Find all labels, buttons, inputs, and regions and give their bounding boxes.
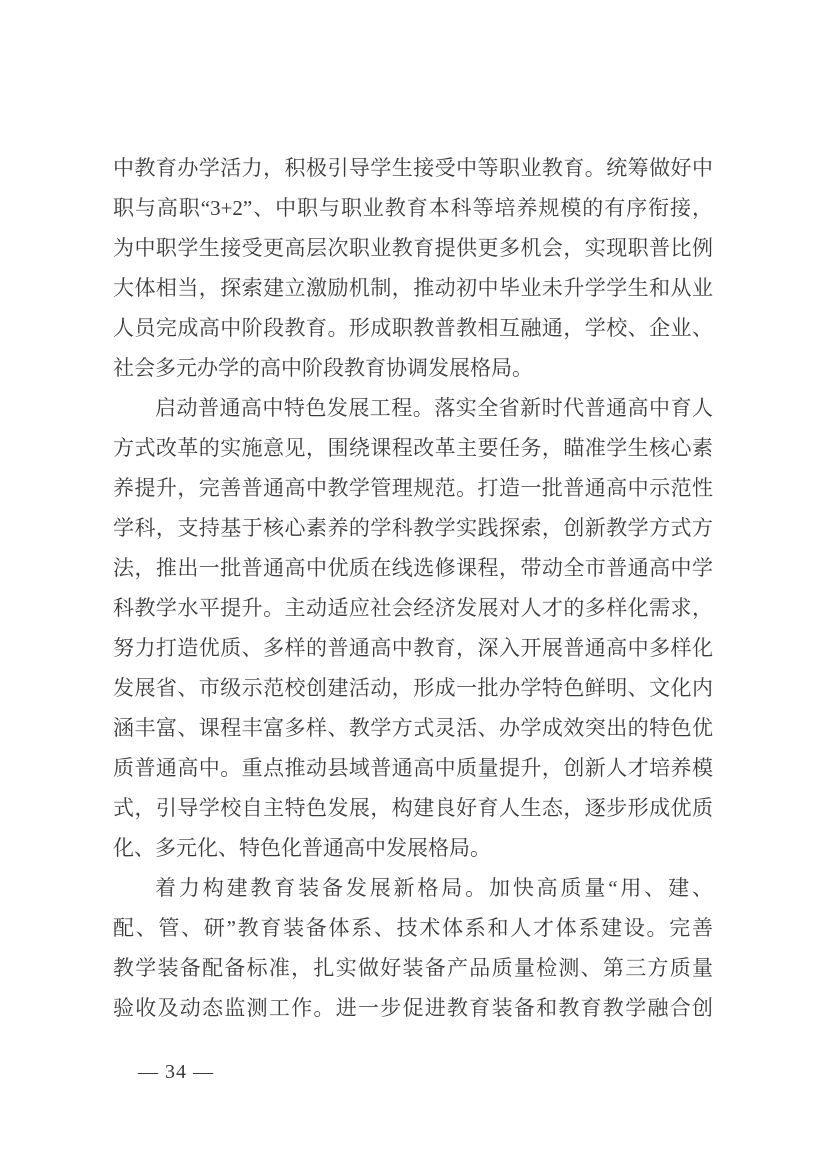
- text-line: 方式改革的实施意见，围绕课程改革主要任务，瞄准学生核心素: [113, 428, 713, 468]
- text-line: 职与高职“3+2”、中职与职业教育本科等培养规模的有序衔接，: [113, 188, 713, 228]
- document-page: 中教育办学活力，积极引导学生接受中等职业教育。统筹做好中 职与高职“3+2”、中…: [0, 0, 826, 1169]
- text-line: 教学装备配备标准，扎实做好装备产品质量检测、第三方质量: [113, 948, 713, 988]
- text-line: 养提升，完善普通高中教学管理规范。打造一批普通高中示范性: [113, 468, 713, 508]
- text-line: 启动普通高中特色发展工程。落实全省新时代普通高中育人: [113, 388, 713, 428]
- text-line: 配、管、研”教育装备体系、技术体系和人才体系建设。完善: [113, 908, 713, 948]
- text-line: 着力构建教育装备发展新格局。加快高质量“用、建、: [113, 868, 713, 908]
- body-text: 中教育办学活力，积极引导学生接受中等职业教育。统筹做好中 职与高职“3+2”、中…: [113, 148, 713, 1028]
- text-line: 为中职学生接受更高层次职业教育提供更多机会，实现职普比例: [113, 228, 713, 268]
- text-line: 科教学水平提升。主动适应社会经济发展对人才的多样化需求，: [113, 588, 713, 628]
- text-line: 质普通高中。重点推动县域普通高中质量提升，创新人才培养模: [113, 748, 713, 788]
- text-line: 化、多元化、特色化普通高中发展格局。: [113, 828, 713, 868]
- text-line: 验收及动态监测工作。进一步促进教育装备和教育教学融合创: [113, 988, 713, 1028]
- text-line: 人员完成高中阶段教育。形成职教普教相互融通，学校、企业、: [113, 308, 713, 348]
- text-line: 社会多元办学的高中阶段教育协调发展格局。: [113, 348, 713, 388]
- text-line: 法，推出一批普通高中优质在线选修课程，带动全市普通高中学: [113, 548, 713, 588]
- text-line: 发展省、市级示范校创建活动，形成一批办学特色鲜明、文化内: [113, 668, 713, 708]
- page-number: — 34 —: [138, 1058, 214, 1086]
- text-line: 大体相当，探索建立激励机制，推动初中毕业未升学学生和从业: [113, 268, 713, 308]
- text-line: 涵丰富、课程丰富多样、教学方式灵活、办学成效突出的特色优: [113, 708, 713, 748]
- text-line: 中教育办学活力，积极引导学生接受中等职业教育。统筹做好中: [113, 148, 713, 188]
- text-line: 式，引导学校自主特色发展，构建良好育人生态，逐步形成优质: [113, 788, 713, 828]
- text-line: 学科，支持基于核心素养的学科教学实践探索，创新教学方式方: [113, 508, 713, 548]
- text-line: 努力打造优质、多样的普通高中教育，深入开展普通高中多样化: [113, 628, 713, 668]
